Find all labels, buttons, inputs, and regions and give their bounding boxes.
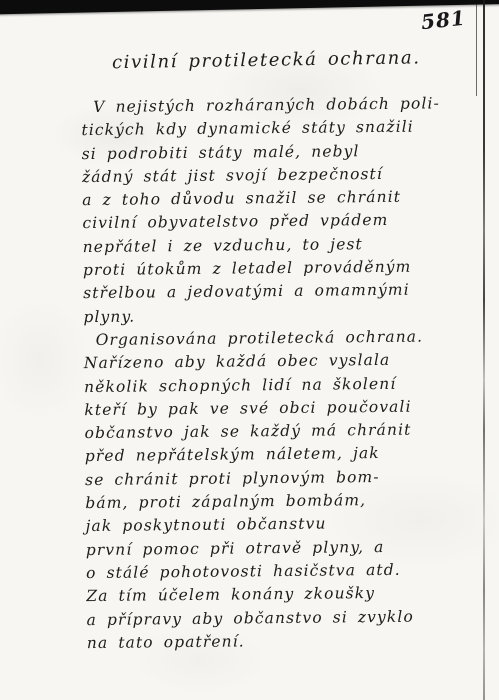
- text-line: na tato opatření.: [87, 628, 487, 655]
- handwritten-text: V nejistých rozháraných dobách poli- tic…: [81, 92, 487, 655]
- scanned-page: 581 civilní protiletecká ochrana. V neji…: [0, 0, 499, 700]
- page-number: 581: [420, 6, 467, 35]
- document-title: civilní protiletecká ochrana.: [112, 48, 392, 73]
- page-edge-line-secondary: [476, 4, 477, 96]
- text-line: V nejistých rozháraných dobách poli-: [81, 92, 481, 119]
